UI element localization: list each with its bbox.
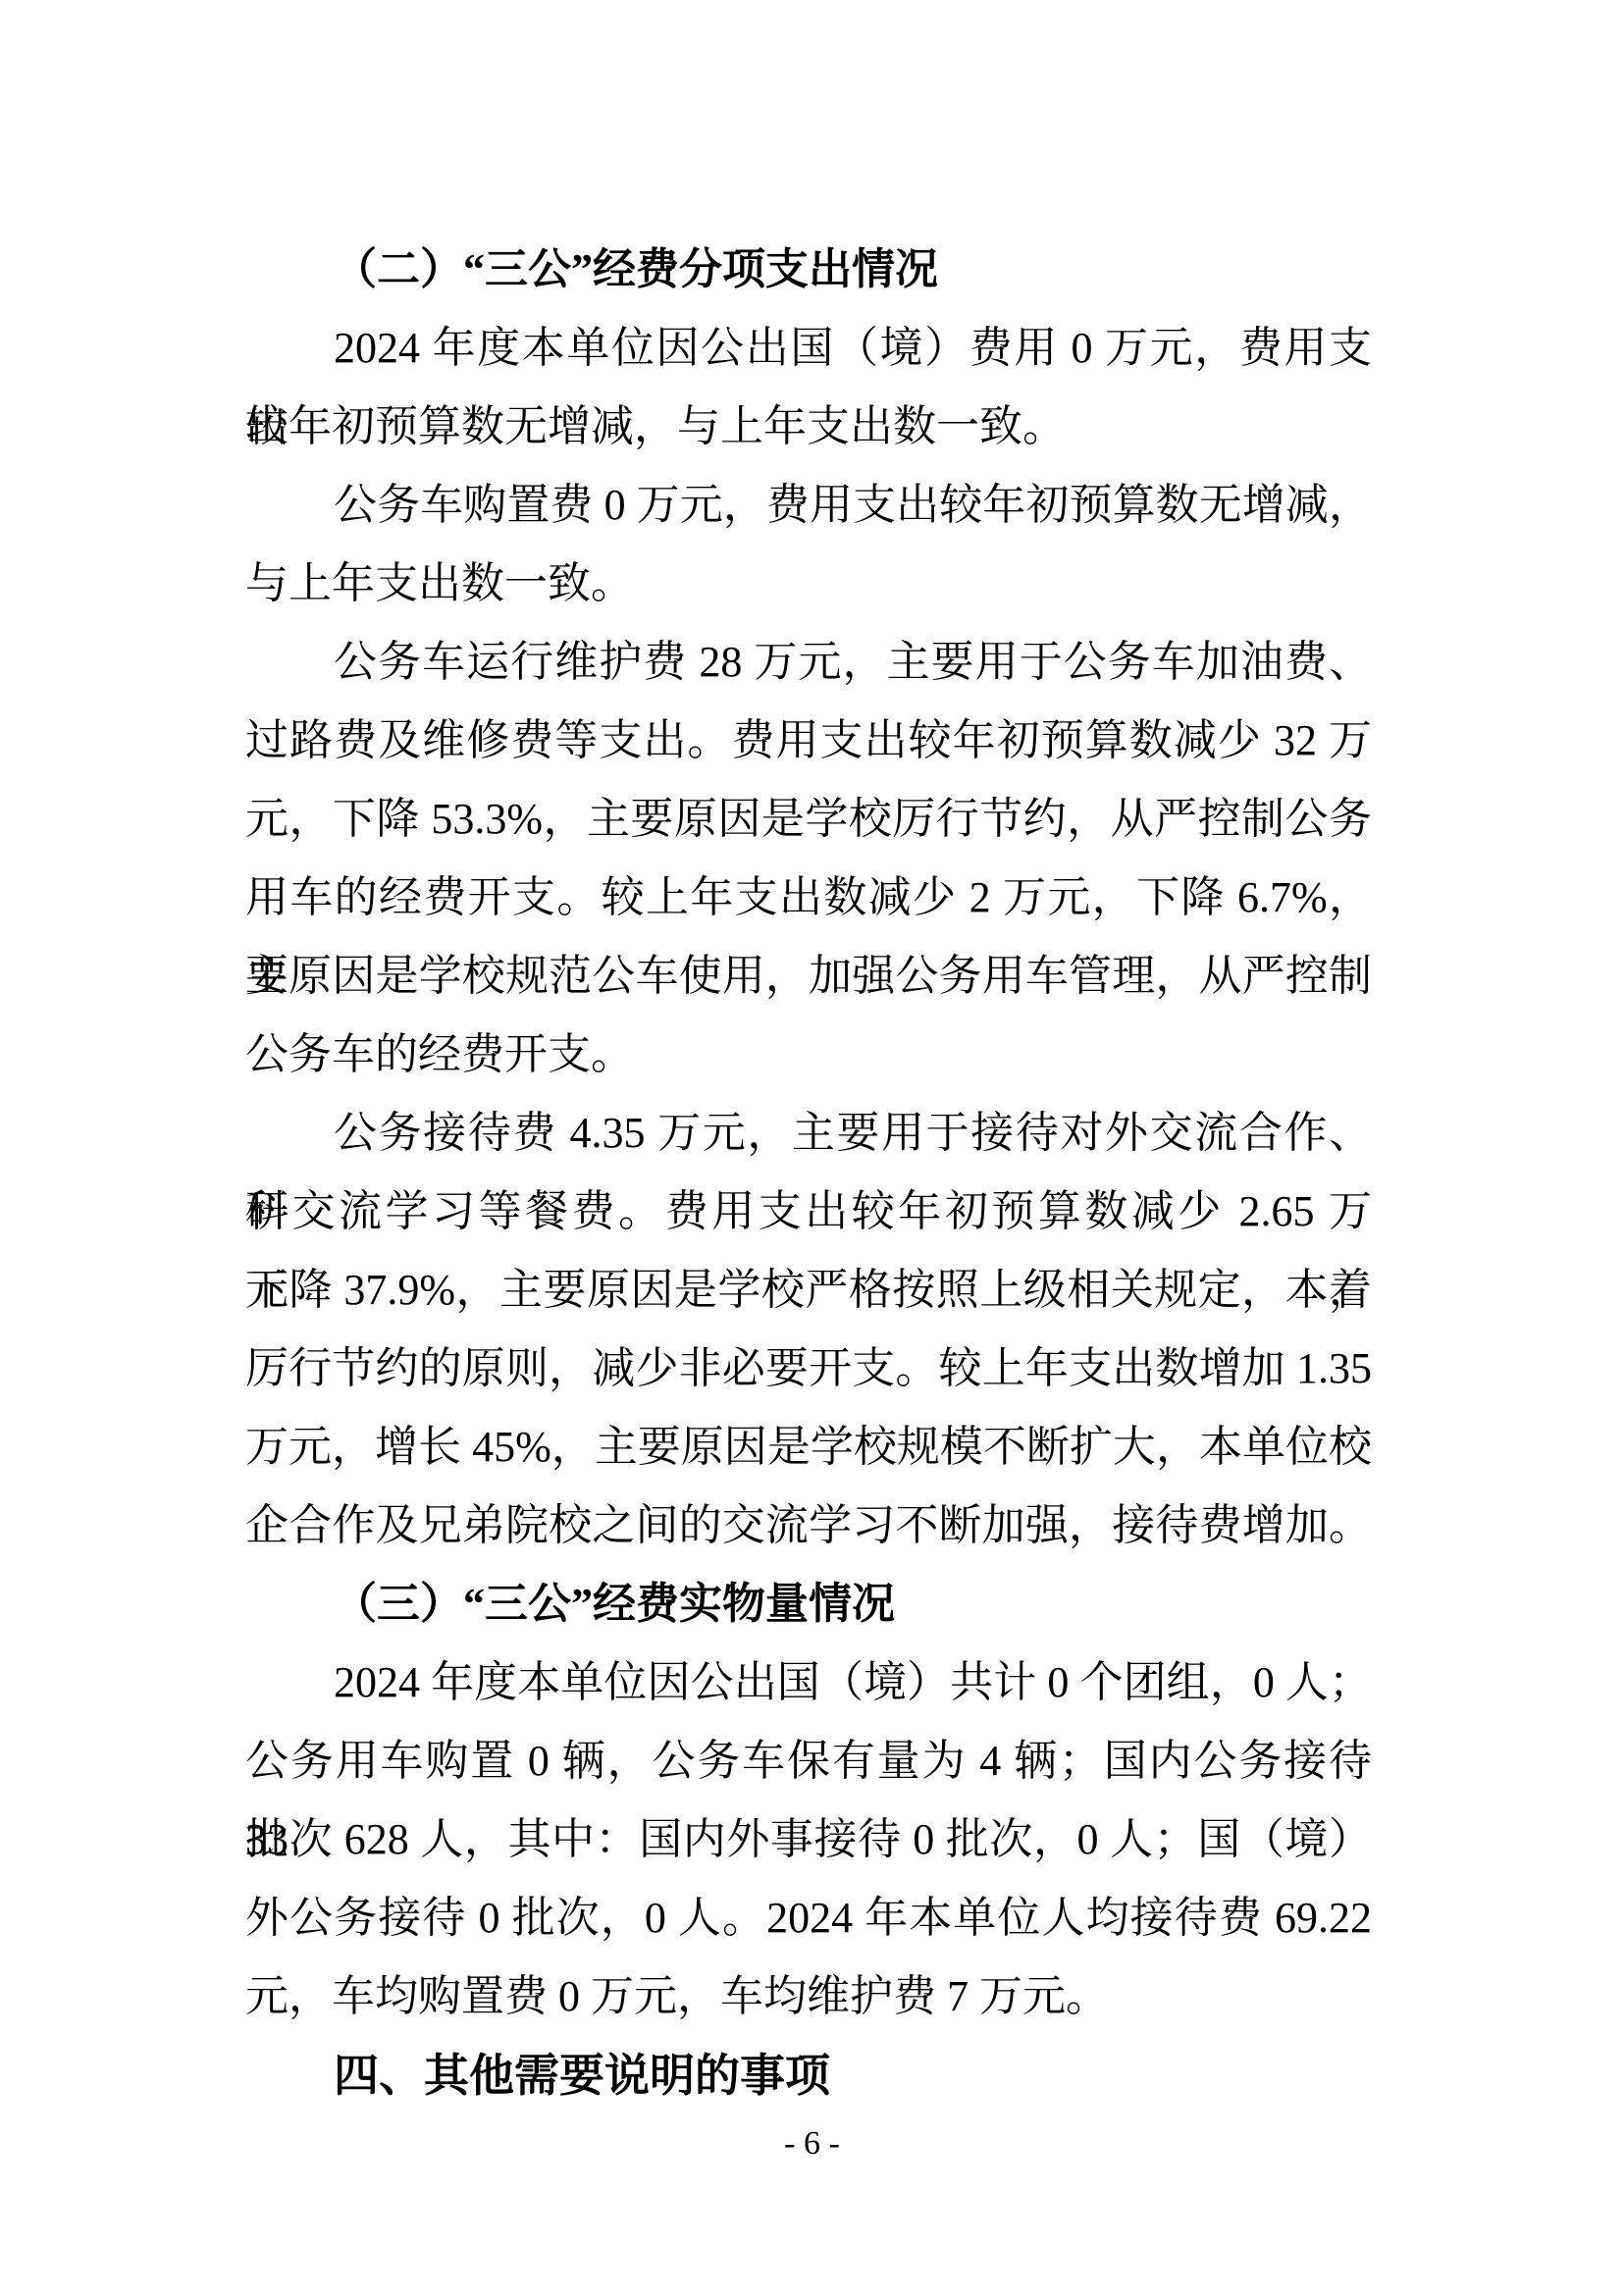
document-page: （二）“三公”经费分项支出情况2024 年度本单位因公出国（境）费用 0 万元，… — [0, 0, 1624, 2295]
page-footer: - 6 - — [0, 2119, 1624, 2168]
section-heading: 四、其他需要说明的事项 — [245, 2036, 1372, 2114]
text-line: 较年初预算数无增减，与上年支出数一致。 — [245, 388, 1372, 466]
text-line: 公务用车购置 0 辆，公务车保有量为 4 辆；国内公务接待 33 — [245, 1722, 1372, 1800]
text-line: 公务车的经费开支。 — [245, 1016, 1372, 1094]
text-line: 外公务接待 0 批次，0 人。2024 年本单位人均接待费 69.22 — [245, 1879, 1372, 1957]
text-line: 与上年支出数一致。 — [245, 545, 1372, 623]
text-line: 要原因是学校规范公车使用，加强公务用车管理，从严控制 — [245, 937, 1372, 1016]
text-line: 元，车均购置费 0 万元，车均维护费 7 万元。 — [245, 1957, 1372, 2036]
subsection-heading: （三）“三公”经费实物量情况 — [245, 1565, 1372, 1643]
text-line: 下降 37.9%，主要原因是学校严格按照上级相关规定，本着 — [245, 1251, 1372, 1330]
text-line: 2024 年度本单位因公出国（境）共计 0 个团组，0 人； — [245, 1643, 1372, 1722]
text-line: 企合作及兄弟院校之间的交流学习不断加强，接待费增加。 — [245, 1487, 1372, 1565]
text-line: 过路费及维修费等支出。费用支出较年初预算数减少 32 万 — [245, 702, 1372, 780]
text-line: 用车的经费开支。较上年支出数减少 2 万元，下降 6.7%，主 — [245, 859, 1372, 937]
text-line: 万元，增长 45%，主要原因是学校规模不断扩大，本单位校 — [245, 1408, 1372, 1487]
subsection-heading: （二）“三公”经费分项支出情况 — [245, 231, 1372, 309]
text-line: 公务车运行维护费 28 万元，主要用于公务车加油费、 — [245, 623, 1372, 702]
text-line: 厉行节约的原则，减少非必要开支。较上年支出数增加 1.35 — [245, 1330, 1372, 1408]
text-line: 公务接待费 4.35 万元，主要用于接待对外交流合作、科 — [245, 1094, 1372, 1173]
text-line: 公务车购置费 0 万元，费用支出较年初预算数无增减， — [245, 466, 1372, 545]
page-number: - 6 - — [784, 2125, 840, 2162]
text-line: 研交流学习等餐费。费用支出较年初预算数减少 2.65 万元， — [245, 1173, 1372, 1251]
text-line: 2024 年度本单位因公出国（境）费用 0 万元，费用支出 — [245, 309, 1372, 388]
text-line: 批次 628 人，其中：国内外事接待 0 批次，0 人；国（境） — [245, 1800, 1372, 1879]
text-line: 元，下降 53.3%，主要原因是学校厉行节约，从严控制公务 — [245, 780, 1372, 859]
document-body: （二）“三公”经费分项支出情况2024 年度本单位因公出国（境）费用 0 万元，… — [245, 231, 1372, 2114]
